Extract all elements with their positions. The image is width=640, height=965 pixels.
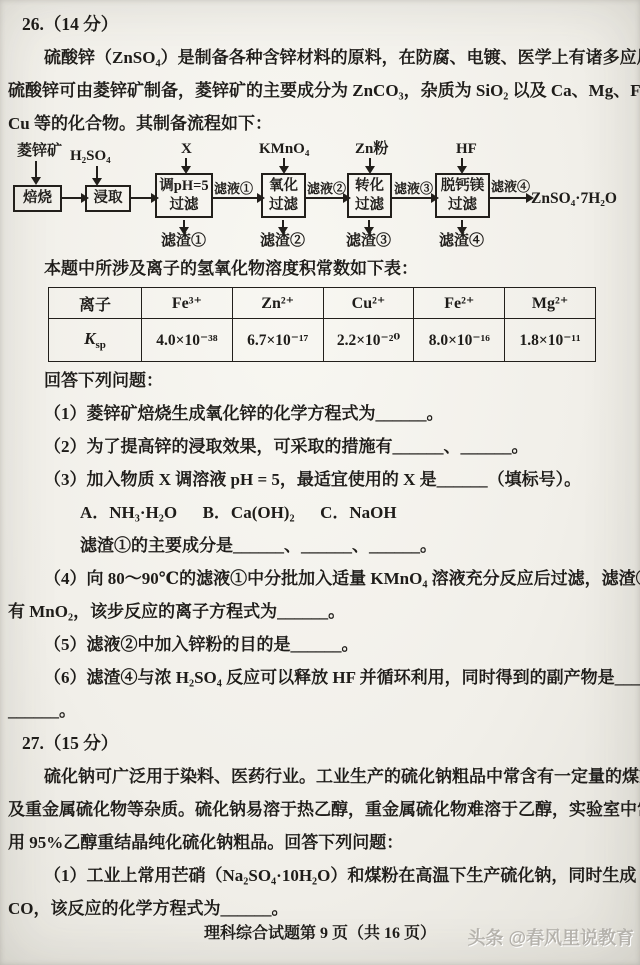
arrow-roast-to-leach — [62, 197, 82, 199]
arrow-down-h2so4 — [96, 166, 98, 179]
flow-input-x: X — [181, 142, 192, 157]
flow-box-adjust-ph-filter: 调pH=5过滤 — [155, 173, 213, 218]
q26-header: 26.（14 分） — [8, 8, 632, 41]
arrow-residue-4 — [461, 220, 463, 228]
flow-box-oxidize-filter: 氧化过滤 — [261, 173, 306, 218]
flow-box-remove-ca-mg-filter: 脱钙镁过滤 — [435, 173, 490, 218]
q26-item-3: （3）加入物质 X 调溶液 pH = 5，最适宜使用的 X 是______（填标… — [8, 463, 632, 496]
q26-intro-line-1: 硫酸锌（ZnSO₄）是制备各种含锌材料的原料，在防腐、电镀、医学上有诸多应用， — [8, 41, 632, 74]
q26-item-6-line-2: ______。 — [8, 694, 632, 727]
table-caption: 本题中所涉及离子的氢氧化物溶度积常数如下表： — [8, 252, 632, 285]
arrow-filtrate-3 — [392, 197, 432, 199]
flow-input-hf: HF — [456, 142, 477, 157]
table-row: Ksp 4.0×10⁻³⁸ 6.7×10⁻¹⁷ 2.2×10⁻²⁰ 8.0×10… — [49, 319, 596, 362]
flow-box-leach: 浸取 — [85, 185, 131, 212]
arrow-leach-to-ph — [131, 197, 152, 199]
flow-box-convert-filter: 转化过滤 — [347, 173, 392, 218]
header-ion: 离子 — [49, 288, 142, 319]
q26-prompt: 回答下列问题： — [8, 364, 632, 397]
q26-intro-line-2: 硫酸锌可由菱锌矿制备，菱锌矿的主要成分为 ZnCO₃，杂质为 SiO₂ 以及 C… — [8, 74, 632, 107]
arrow-residue-1 — [183, 220, 185, 228]
q26-item-5: （5）滤液②中加入锌粉的目的是______。 — [8, 628, 632, 661]
q26-item-4-line-1: （4）向 80～90℃的滤液①中分批加入适量 KMnO₄ 溶液充分反应后过滤，滤… — [8, 562, 632, 595]
ksp-mg2: 1.8×10⁻¹¹ — [505, 319, 596, 362]
arrow-down-kmno4 — [283, 158, 285, 167]
arrow-filtrate-1 — [213, 197, 258, 199]
q27-intro-line-3: 用 95%乙醇重结晶纯化硫化钠粗品。回答下列问题： — [8, 826, 632, 859]
ksp-symbol: Ksp — [49, 319, 142, 362]
ksp-fe3: 4.0×10⁻³⁸ — [142, 319, 233, 362]
label-filtrate-3: 滤液③ — [394, 182, 433, 195]
ksp-zn2: 6.7×10⁻¹⁷ — [232, 319, 323, 362]
q27-intro-line-2: 及重金属硫化物等杂质。硫化钠易溶于热乙醇，重金属硫化物难溶于乙醇，实验室中常 — [8, 793, 632, 826]
header-fe3: Fe³⁺ — [142, 288, 233, 319]
q26-intro-line-3: Cu 等的化合物。其制备流程如下： — [8, 107, 632, 140]
arrow-down-znpowder — [369, 158, 371, 167]
label-residue-1: 滤渣① — [161, 234, 206, 249]
header-zn2: Zn²⁺ — [232, 288, 323, 319]
header-fe2: Fe²⁺ — [414, 288, 505, 319]
flow-box-roast: 焙烧 — [13, 185, 62, 212]
label-residue-3: 滤渣③ — [346, 234, 391, 249]
arrow-residue-2 — [282, 220, 284, 228]
ksp-table: 离子 Fe³⁺ Zn²⁺ Cu²⁺ Fe²⁺ Mg²⁺ Ksp 4.0×10⁻³… — [48, 287, 596, 362]
toutiao-watermark: 头条 @春风里说教育 — [467, 924, 634, 950]
header-mg2: Mg²⁺ — [505, 288, 596, 319]
arrow-residue-3 — [368, 220, 370, 228]
ksp-cu2: 2.2×10⁻²⁰ — [323, 319, 414, 362]
arrow-down-hf — [461, 158, 463, 167]
q26-item-2: （2）为了提高锌的浸取效果，可采取的措施有______、______。 — [8, 430, 632, 463]
header-cu2: Cu²⁺ — [323, 288, 414, 319]
q26-item-4-line-2: 有 MnO₂，该步反应的离子方程式为______。 — [8, 595, 632, 628]
q27-intro-line-1: 硫化钠可广泛用于染料、医药行业。工业生产的硫化钠粗品中常含有一定量的煤灰 — [8, 760, 632, 793]
flow-input-znpowder: Zn粉 — [355, 142, 388, 157]
flow-input-h2so4: H₂SO₄ — [70, 149, 111, 164]
label-residue-2: 滤渣② — [260, 234, 305, 249]
q26-item-6-line-1: （6）滤渣④与浓 H₂SO₄ 反应可以释放 HF 并循环利用，同时得到的副产物是… — [8, 661, 632, 694]
label-filtrate-4: 滤液④ — [491, 180, 530, 193]
q27-item-1-line-1: （1）工业上常用芒硝（Na₂SO₄·10H₂O）和煤粉在高温下生产硫化钠，同时生… — [8, 859, 632, 892]
ksp-fe2: 8.0×10⁻¹⁶ — [414, 319, 505, 362]
arrow-down-ore — [35, 161, 37, 178]
q26-item-3b: 滤渣①的主要成分是______、______、______。 — [8, 529, 632, 562]
q27-header: 27.（15 分） — [8, 727, 632, 760]
q26-item-1: （1）菱锌矿焙烧生成氧化锌的化学方程式为______。 — [8, 397, 632, 430]
label-filtrate-2: 滤液② — [307, 182, 346, 195]
arrow-filtrate-4 — [490, 197, 527, 199]
exam-page: 26.（14 分） 硫酸锌（ZnSO₄）是制备各种含锌材料的原料，在防腐、电镀、… — [0, 0, 640, 965]
flow-input-ore: 菱锌矿 — [17, 144, 62, 159]
q26-item-3-choices: A．NH₃·H₂O B．Ca(OH)₂ C．NaOH — [8, 496, 632, 529]
table-header-row: 离子 Fe³⁺ Zn²⁺ Cu²⁺ Fe²⁺ Mg²⁺ — [49, 288, 596, 319]
arrow-filtrate-2 — [306, 197, 344, 199]
label-residue-4: 滤渣④ — [439, 234, 484, 249]
flow-input-kmno4: KMnO₄ — [259, 142, 309, 157]
label-filtrate-1: 滤液① — [214, 182, 253, 195]
label-product-znso4: ZnSO₄·7H₂O — [531, 191, 617, 206]
arrow-down-x — [185, 158, 187, 167]
process-flowchart: 菱锌矿 H₂SO₄ X KMnO₄ Zn粉 HF 焙烧 浸取 调pH=5过滤 氧… — [8, 140, 632, 252]
